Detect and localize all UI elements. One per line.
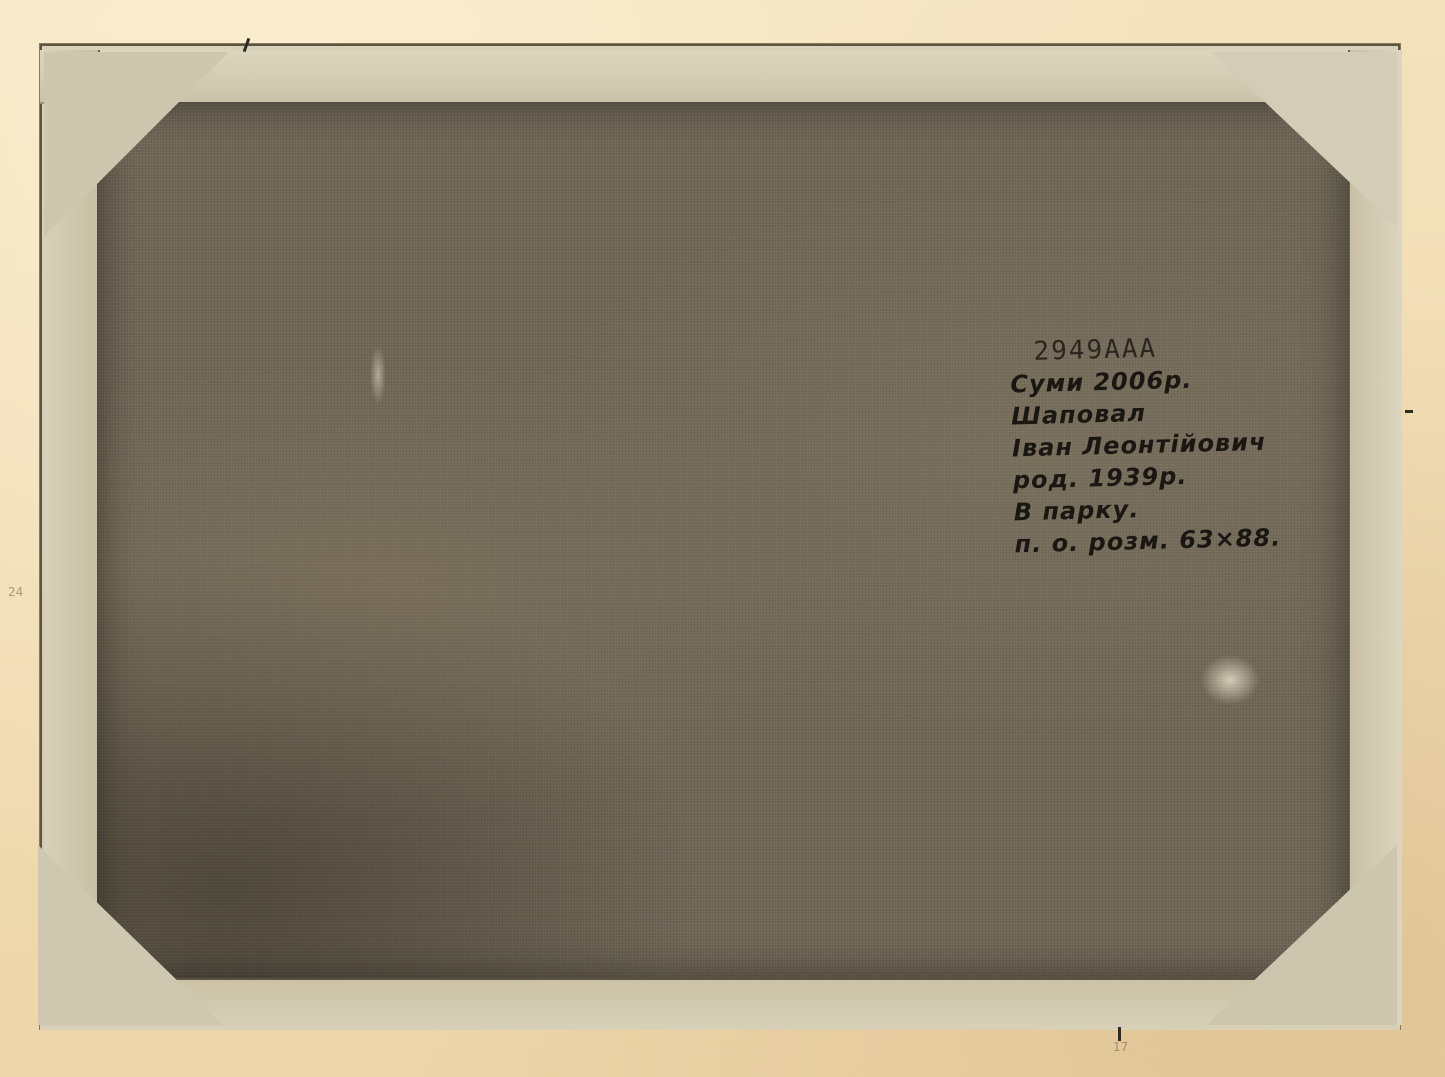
paint-stain [370, 345, 386, 405]
paint-stain [1200, 655, 1260, 705]
nail-icon [1118, 1027, 1121, 1041]
corner-key-top-left [44, 52, 229, 237]
pencil-mark: 17 [1113, 1040, 1128, 1054]
corner-key-top-right [1212, 52, 1397, 227]
corner-key-bottom-left [38, 845, 223, 1025]
handwritten-inscription: 2949AAA Суми 2006р. Шаповал Іван Леонтій… [1009, 328, 1355, 561]
nail-icon [1405, 410, 1413, 413]
pencil-mark: 24 [8, 585, 23, 599]
stretcher-bar-bottom [40, 978, 1400, 1030]
corner-key-bottom-right [1207, 845, 1397, 1025]
stretcher-bar-top [40, 50, 1400, 104]
